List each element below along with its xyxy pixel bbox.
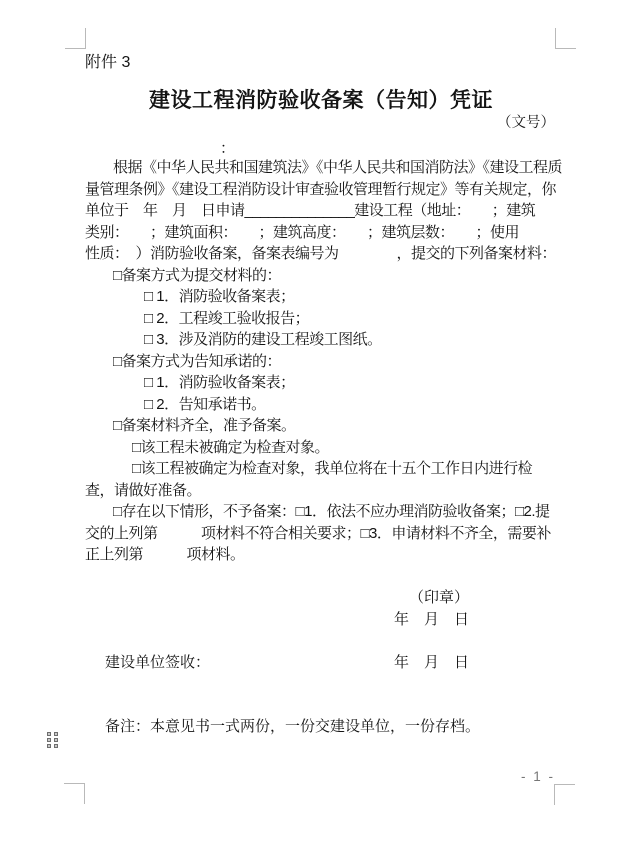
doc-line: 正上列第 项材料。 — [85, 544, 557, 566]
doc-number-label: （文号） — [85, 114, 557, 132]
doc-line: 量管理条例》《建设工程消防设计审查验收管理暂行规定》等有关规定，你 — [85, 179, 557, 201]
stamp-date-line: 年 月 日 — [85, 609, 557, 631]
crop-mark-top-left — [65, 28, 86, 49]
grid-dots-icon — [47, 732, 59, 750]
doc-line: □备案方式为告知承诺的： — [85, 351, 557, 373]
doc-line: □该工程未被确定为检查对象。 — [85, 437, 557, 459]
sign-label: 建设单位签收： — [85, 652, 210, 674]
spacer — [85, 566, 557, 588]
doc-line: □ 3．涉及消防的建设工程竣工图纸。 — [85, 329, 557, 351]
doc-line: 查，请做好准备。 — [85, 480, 557, 502]
doc-line: 根据《中华人民共和国建筑法》《中华人民共和国消防法》《建设工程质 — [85, 157, 557, 179]
document-page: 附件 3 建设工程消防验收备案（告知）凭证 （文号） ： 根据《中华人民共和国建… — [0, 0, 628, 854]
doc-line: □ 1．消防验收备案表； — [85, 372, 557, 394]
document-body: 根据《中华人民共和国建筑法》《中华人民共和国消防法》《建设工程质量管理条例》《建… — [85, 157, 557, 566]
doc-line: □ 2．工程竣工验收报告； — [85, 308, 557, 330]
doc-line: 交的上列第 项材料不符合相关要求；□3．申请材料不齐全，需要补 — [85, 523, 557, 545]
doc-line: □备案材料齐全，准予备案。 — [85, 415, 557, 437]
doc-line: □存在以下情形，不予备案：□1．依法不应办理消防验收备案；□2.提 — [85, 501, 557, 523]
doc-line: 性质： ）消防验收备案，备案表编号为 ，提交的下列备案材料： — [85, 243, 557, 265]
doc-line: □备案方式为提交材料的： — [85, 265, 557, 287]
page-number: - 1 - — [521, 769, 555, 784]
attachment-label: 附件 3 — [85, 53, 557, 73]
crop-mark-top-right — [555, 28, 576, 49]
sign-date-line: 年 月 日 — [394, 652, 557, 674]
stamp-label: （印章） — [85, 587, 557, 609]
spacer — [85, 673, 557, 695]
spacer — [85, 695, 557, 717]
doc-line: 单位于 年 月 日申请______________建设工程（地址： ；建筑 — [85, 200, 557, 222]
addressee-line: ： — [85, 140, 557, 157]
doc-line: 类别： ；建筑面积： ；建筑高度： ；建筑层数： ；使用 — [85, 222, 557, 244]
doc-line: □ 1．消防验收备案表； — [85, 286, 557, 308]
note-line: 备注：本意见书一式两份，一份交建设单位，一份存档。 — [85, 716, 557, 738]
doc-line: □ 2．告知承诺书。 — [85, 394, 557, 416]
crop-mark-bottom-right — [554, 784, 575, 805]
page-content: 附件 3 建设工程消防验收备案（告知）凭证 （文号） ： 根据《中华人民共和国建… — [85, 0, 557, 738]
doc-line: □该工程被确定为检查对象，我单位将在十五个工作日内进行检 — [85, 458, 557, 480]
crop-mark-bottom-left — [64, 783, 85, 804]
spacer — [85, 630, 557, 652]
sign-row: 建设单位签收： 年 月 日 — [85, 652, 557, 674]
document-title: 建设工程消防验收备案（告知）凭证 — [85, 88, 557, 114]
